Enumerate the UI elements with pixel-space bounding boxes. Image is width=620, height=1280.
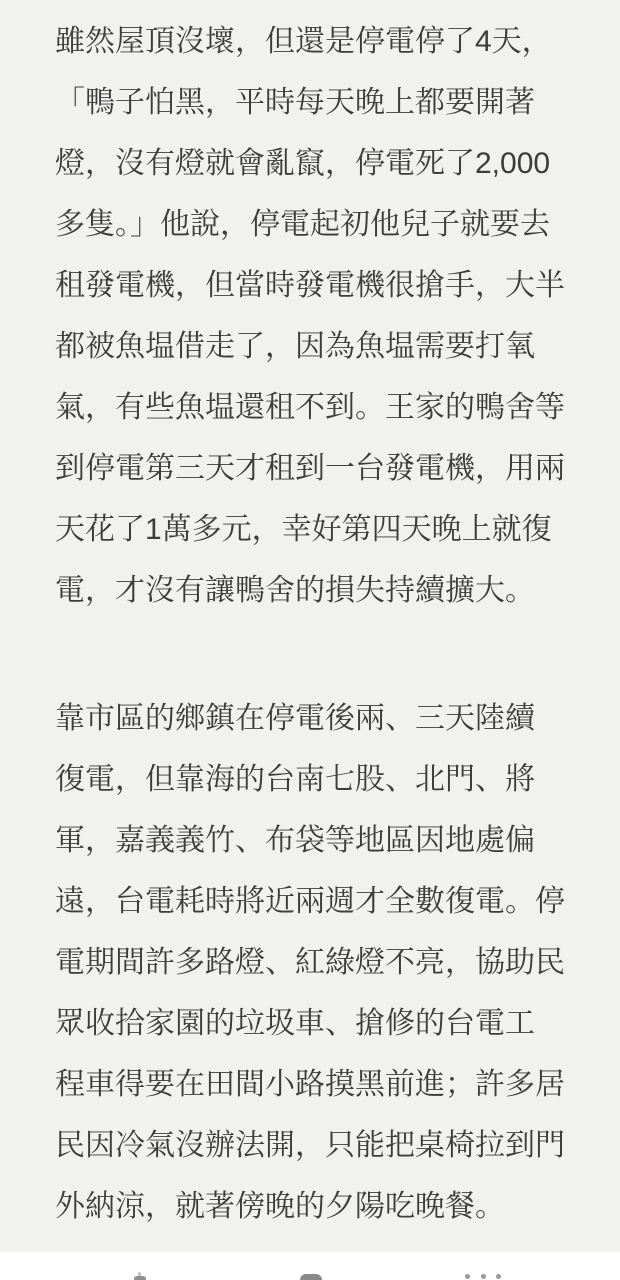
text-line: 氣，有些魚塭還租不到。王家的鴨舍等: [55, 377, 565, 438]
text-line: 復電，但靠海的台南七股、北門、將: [55, 749, 565, 810]
text-line: 多隻。」他說，停電起初他兒子就要去: [55, 194, 565, 255]
text-line: 電期間許多路燈、紅綠燈不亮，協助民: [55, 932, 565, 993]
bottom-action-bar: [0, 1252, 620, 1280]
text-line: 燈，沒有燈就會亂竄，停電死了2,000: [55, 133, 565, 194]
text-line: 到停電第三天才租到一台發電機，用兩: [55, 438, 565, 499]
text-line: 雖然屋頂沒壞，但還是停電停了4天，: [55, 11, 565, 72]
text-line: 外納涼，就著傍晚的夕陽吃晚餐。: [55, 1176, 565, 1237]
more-dot: [465, 1274, 470, 1279]
text-line: 「鴨子怕黑，平時每天晚上都要開著: [55, 72, 565, 133]
text-line: 租發電機，但當時發電機很搶手，大半: [55, 255, 565, 316]
comment-icon[interactable]: [300, 1274, 322, 1280]
more-dot: [496, 1274, 501, 1279]
article-body: 雖然屋頂沒壞，但還是停電停了4天，「鴨子怕黑，平時每天晚上都要開著燈，沒有燈就會…: [0, 0, 620, 1237]
text-line: 電，才沒有讓鴨舍的損失持續擴大。: [55, 560, 565, 621]
more-dot: [481, 1274, 486, 1279]
text-line: 靠市區的鄉鎮在停電後兩、三天陸續: [55, 688, 565, 749]
paragraph: 靠市區的鄉鎮在停電後兩、三天陸續復電，但靠海的台南七股、北門、將軍，嘉義義竹、布…: [55, 688, 565, 1237]
more-options-icon[interactable]: [465, 1274, 501, 1280]
article-page: 雖然屋頂沒壞，但還是停電停了4天，「鴨子怕黑，平時每天晚上都要開著燈，沒有燈就會…: [0, 0, 620, 1280]
paragraph: 雖然屋頂沒壞，但還是停電停了4天，「鴨子怕黑，平時每天晚上都要開著燈，沒有燈就會…: [55, 11, 565, 621]
text-line: 程車得要在田間小路摸黑前進；許多居: [55, 1054, 565, 1115]
text-line: 軍，嘉義義竹、布袋等地區因地處偏: [55, 810, 565, 871]
like-icon-base: [134, 1276, 146, 1280]
text-line: 遠，台電耗時將近兩週才全數復電。停: [55, 871, 565, 932]
text-line: 都被魚塭借走了，因為魚塭需要打氧: [55, 316, 565, 377]
text-line: 天花了1萬多元，幸好第四天晚上就復: [55, 499, 565, 560]
like-icon[interactable]: [134, 1272, 146, 1280]
text-line: 眾收拾家園的垃圾車、搶修的台電工: [55, 993, 565, 1054]
text-line: 民因冷氣沒辦法開，只能把桌椅拉到門: [55, 1115, 565, 1176]
